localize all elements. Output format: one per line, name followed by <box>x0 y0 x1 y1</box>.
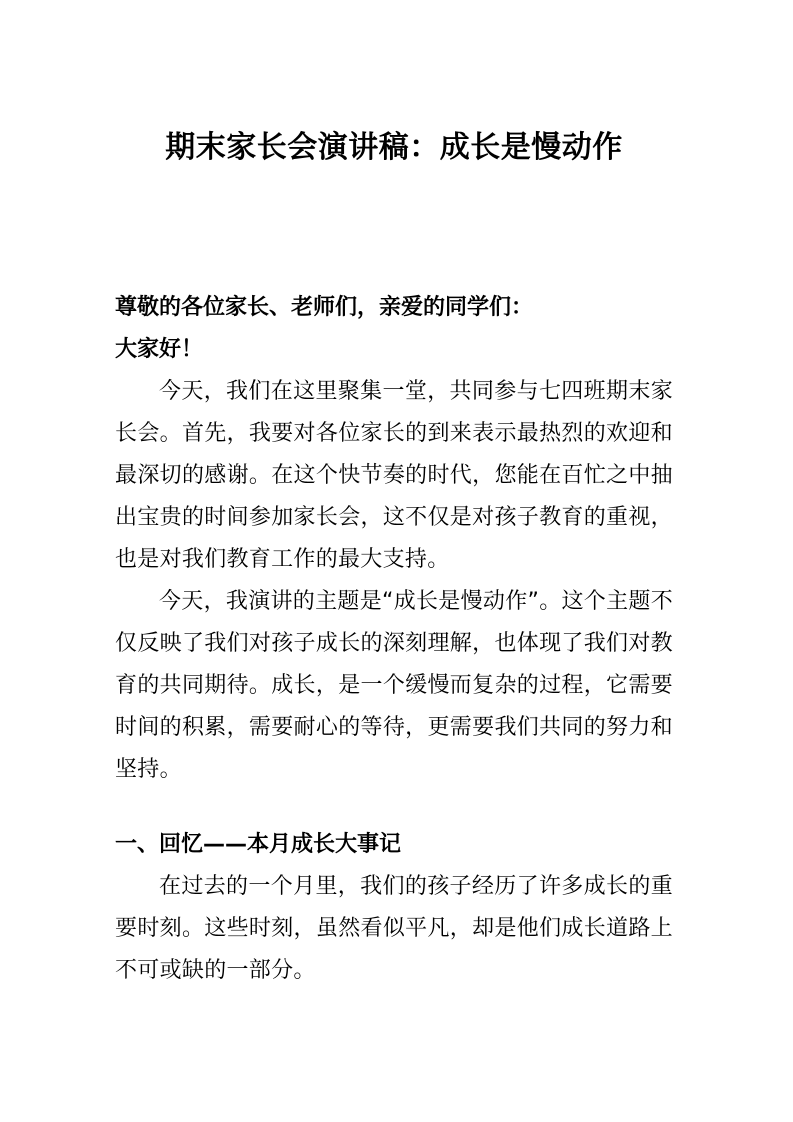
salutation-block: 尊敬的各位家长、老师们，亲爱的同学们： 大家好！ <box>115 287 673 371</box>
paragraph-section-memories: 在过去的一个月里，我们的孩子经历了许多成长的重要时刻。这些时刻，虽然看似平凡，却… <box>115 866 673 992</box>
section-heading-memories: 一、回忆——本月成长大事记 <box>115 824 673 866</box>
document-title: 期末家长会演讲稿：成长是慢动作 <box>115 126 673 170</box>
paragraph-theme: 今天，我演讲的主题是“成长是慢动作”。这个主题不仅反映了我们对孩子成长的深刻理解… <box>115 581 673 791</box>
salutation-line: 尊敬的各位家长、老师们，亲爱的同学们： <box>115 287 673 329</box>
paragraph-welcome: 今天，我们在这里聚集一堂，共同参与七四班期末家长会。首先，我要对各位家长的到来表… <box>115 371 673 581</box>
document-page: 期末家长会演讲稿：成长是慢动作 尊敬的各位家长、老师们，亲爱的同学们： 大家好！… <box>0 0 793 1122</box>
greeting-line: 大家好！ <box>115 329 673 371</box>
